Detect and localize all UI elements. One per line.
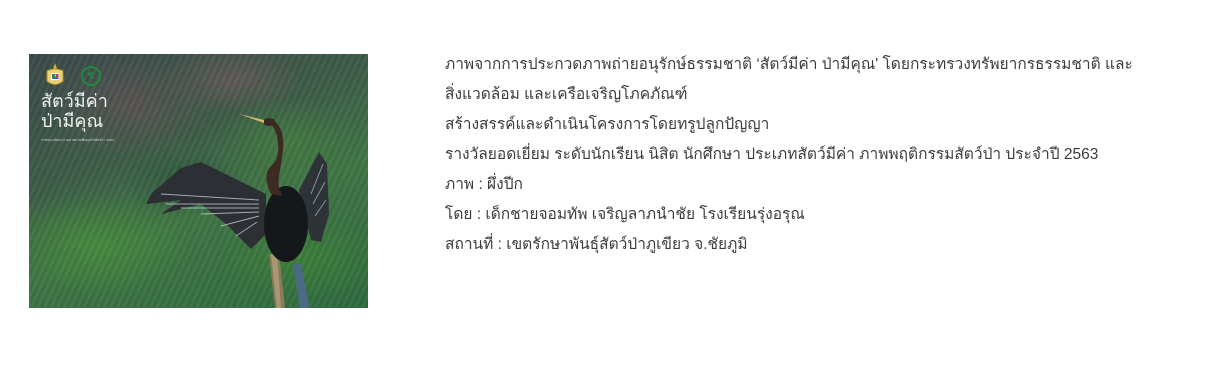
caption-line-location: สถานที่ : เขตรักษาพันธุ์สัตว์ป่าภูเขียว … <box>445 230 1133 260</box>
ministry-emblem-icon <box>43 63 67 89</box>
caption-line-contest: ภาพจากการประกวดภาพถ่ายอนุรักษ์ธรรมชาติ ‘… <box>445 50 1133 80</box>
caption-line-photographer: โดย : เด็กชายจอมทัพ เจริญลาภนำชัย โรงเรี… <box>445 200 1133 230</box>
cp-logo-icon: ซ <box>81 66 101 86</box>
caption-line-award: รางวัลยอดเยี่ยม ระดับนักเรียน นิสิต นักศ… <box>445 140 1133 170</box>
campaign-subtitle: ภาพชนะเลิศประกวดภาพถ่ายเพื่ออนุรักษ์สัตว… <box>41 138 114 143</box>
photo-caption: ภาพจากการประกวดภาพถ่ายอนุรักษ์ธรรมชาติ ‘… <box>445 50 1133 260</box>
caption-line-organizer: สร้างสรรค์และดำเนินโครงการโดยทรูปลูกปัญญ… <box>445 110 1133 140</box>
sponsor-logos: ซ <box>43 63 101 89</box>
cp-logo-glyph: ซ <box>88 71 95 81</box>
contest-photo: ซ สัตว์มีค่า ป่ามีคุณ ภาพชนะเลิศประกวดภา… <box>29 54 368 308</box>
campaign-title: สัตว์มีค่า ป่ามีคุณ <box>41 92 108 132</box>
campaign-title-line-2: ป่ามีคุณ <box>41 112 108 132</box>
caption-line-photo-title: ภาพ : ผึ่งปีก <box>445 170 1133 200</box>
campaign-title-line-1: สัตว์มีค่า <box>41 92 108 112</box>
darter-bird-illustration <box>141 104 341 308</box>
caption-line-sponsors: สิ่งแวดล้อม และเครือเจริญโภคภัณฑ์ <box>445 80 1133 110</box>
